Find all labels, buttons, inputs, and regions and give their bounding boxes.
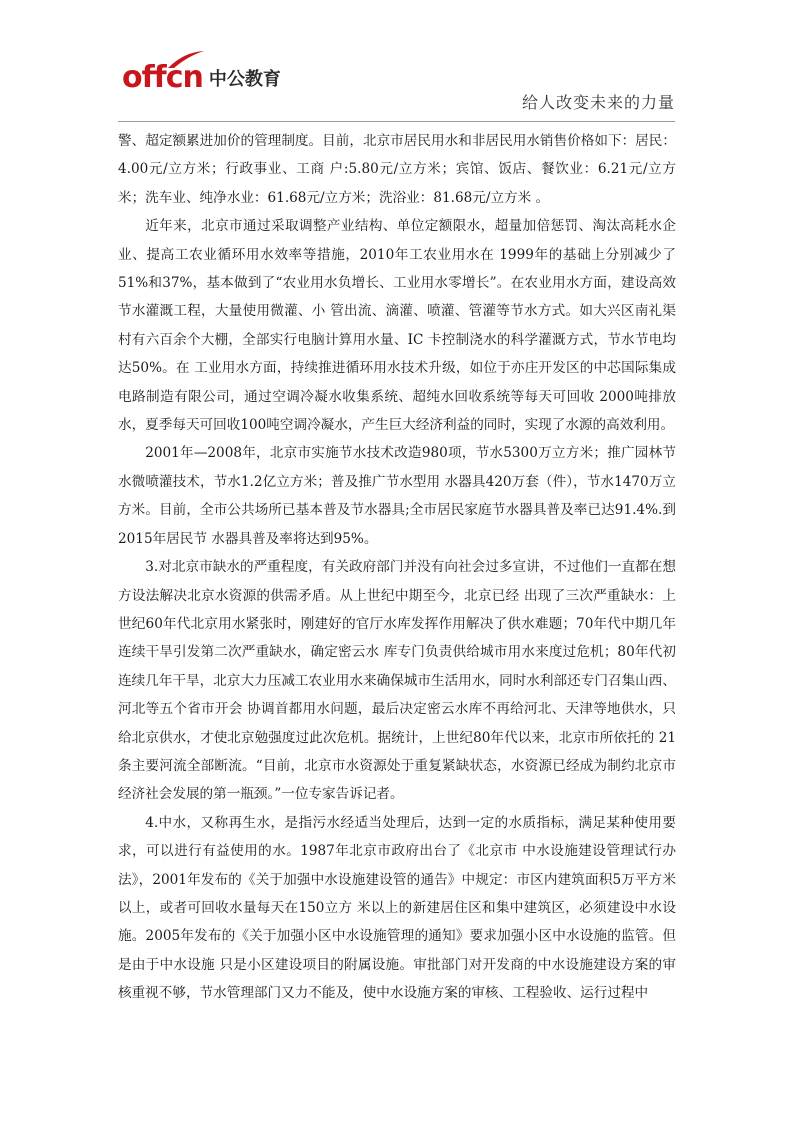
logo-swoosh-icon — [166, 50, 206, 70]
paragraph-water-prices: 警、超定额累进加价的管理制度。目前，北京市居民用水和非居民用水销售价格如下：居民… — [118, 127, 676, 212]
document-body: 警、超定额累进加价的管理制度。目前，北京市居民用水和非居民用水销售价格如下：居民… — [118, 127, 676, 1008]
paragraph-2001-2008-saving: 2001年—2008年，北京市实施节水技术改造980项，节水5300万立方米；推… — [118, 439, 676, 553]
offcn-logo: offcn 中公教育 — [122, 64, 281, 92]
header-divider — [118, 121, 675, 122]
page-header: offcn 中公教育 给人改变未来的力量 — [0, 0, 793, 118]
slogan: 给人改变未来的力量 — [522, 90, 675, 113]
paragraph-industrial-agricultural-saving: 近年来，北京市通过采取调整产业结构、单位定额限水，超量加倍惩罚、淘汰高耗水企业、… — [118, 212, 676, 439]
paragraph-item-4-reclaimed-water: 4.中水，又称再生水，是指污水经适当处理后，达到一定的水质指标，满足某种使用要求… — [118, 809, 676, 1008]
logo-chinese-text: 中公教育 — [209, 68, 281, 92]
paragraph-item-3-shortage: 3.对北京市缺水的严重程度，有关政府部门并没有向社会过多宣讲，不过他们一直都在想… — [118, 553, 676, 809]
